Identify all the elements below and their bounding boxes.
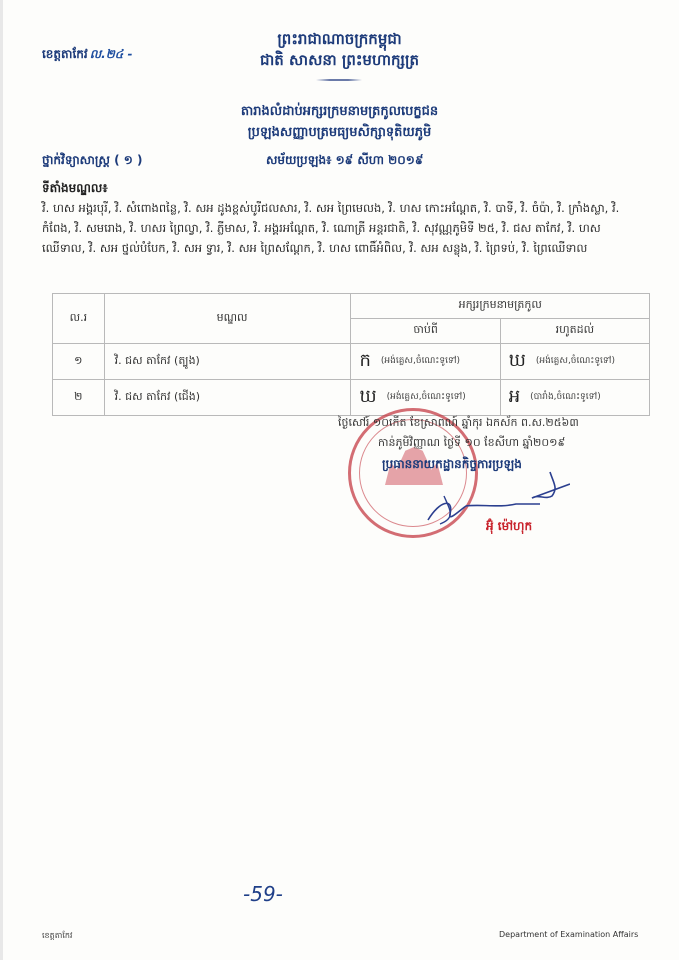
header-alphabet-group: អក្សរក្រមនាមត្រកូល <box>351 294 650 319</box>
national-motto: ជាតិ សាសនា ព្រះមហាក្សត្រ <box>0 51 679 73</box>
to-note: (បារាំង,ចំណេះទូទៅ) <box>530 392 601 402</box>
alphabet-allocation-table: ល.រ មណ្ឌល អក្សរក្រមនាមត្រកូល ចាប់ពី រហូត… <box>52 293 650 416</box>
from-letter: ឃ <box>359 386 376 407</box>
header-to: រហូតដល់ <box>500 319 649 344</box>
header-from: ចាប់ពី <box>351 319 500 344</box>
from-note: (អង់គ្លេស,ចំណេះទូទៅ) <box>387 392 466 402</box>
row-to: អ(បារាំង,ចំណេះទូទៅ) <box>500 380 649 416</box>
from-note: (អង់គ្លេស,ចំណេះទូទៅ) <box>381 356 460 366</box>
solar-date: កាន់ភូមិវិញ្ញាណ ថ្ងៃទី ១០ ខែសីហា ឆ្នាំ២០… <box>378 436 565 452</box>
locations-label: ទីតាំងមណ្ឌល៖ <box>42 180 108 198</box>
header-no: ល.រ <box>53 294 105 344</box>
document-title: តារាងលំដាប់អក្សរក្រមនាមត្រកូលបេក្ខជន <box>0 103 679 122</box>
grade-label: ថ្នាក់វិទ្យាសាស្រ្ត ( ១ ) <box>42 152 143 170</box>
header-center: មណ្ឌល <box>104 294 351 344</box>
ornament-divider <box>316 79 362 81</box>
table-row: ១ វិ. ជស តាកែវ (ត្បូង) ក(អង់គ្លេស,ចំណេះទ… <box>53 344 650 380</box>
to-note: (អង់គ្លេស,ចំណេះទូទៅ) <box>536 356 615 366</box>
lunar-date: ថ្ងៃសៅរ៍ ១០កើត ខែស្រាពណ៍ ឆ្នាំកុរ ឯកស័ក … <box>338 416 579 432</box>
footer-department: Department of Examination Affairs <box>499 930 638 939</box>
footer-province: ខេត្តតាកែវ <box>42 930 72 942</box>
row-to: ឃ(អង់គ្លេស,ចំណេះទូទៅ) <box>500 344 649 380</box>
row-center: វិ. ជស តាកែវ (ត្បូង) <box>104 344 351 380</box>
row-center: វិ. ជស តាកែវ (ជើង) <box>104 380 351 416</box>
exam-session: សម័យប្រឡង៖ ១៩ សីហា ២០១៩ <box>266 152 423 170</box>
kingdom-name: ព្រះរាជាណាចក្រកម្ពុជា <box>0 30 679 52</box>
row-no: ២ <box>53 380 105 416</box>
from-letter: ក <box>359 350 370 371</box>
row-no: ១ <box>53 344 105 380</box>
to-letter: អ <box>509 386 520 407</box>
document-page: ខេត្តតាកែវល.២៤ - ព្រះរាជាណាចក្រកម្ពុជា ជ… <box>0 0 679 960</box>
signatory-name: អ៊ុំ ម៉ៅហុក <box>486 518 532 536</box>
table-row: ២ វិ. ជស តាកែវ (ជើង) ឃ(អង់គ្លេស,ចំណេះទូទ… <box>53 380 650 416</box>
locations-list: វិ. ហស អង្គរបុរី, វិ. សំពោងពន្លៃ, វិ. សអ… <box>42 198 642 258</box>
document-subtitle: ប្រឡងសញ្ញាបត្រមធ្យមសិក្សាទុតិយភូមិ <box>0 124 679 143</box>
page-number: -59- <box>243 882 283 906</box>
scan-edge <box>0 0 3 960</box>
to-letter: ឃ <box>509 350 526 371</box>
row-from: ក(អង់គ្លេស,ចំណេះទូទៅ) <box>351 344 500 380</box>
